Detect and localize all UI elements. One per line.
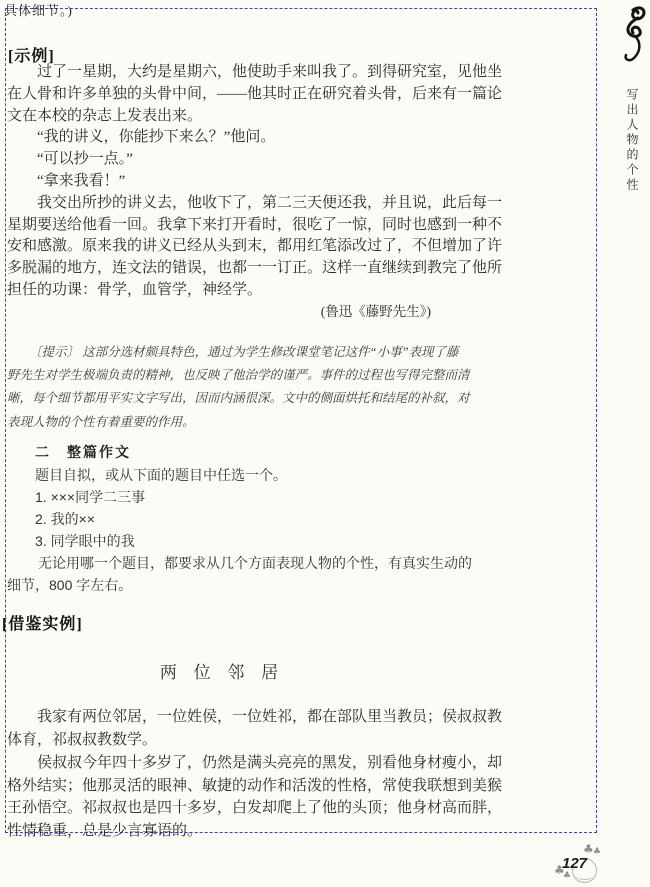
passage-line: “可以抄一点。” [7, 149, 459, 171]
assignment-section: 二 整篇作文 题目自拟，或从下面的题目中任选一个。 1. ×××同学二三事 2.… [7, 441, 459, 596]
essay-line: 体育，祁叔叔教数学。 [7, 729, 459, 752]
hint-line: 晰，每个细节都用平实文字写出，因而内涵很深。文中的侧面烘托和结尾的补叙，对 [7, 387, 467, 410]
assignment-note-line: 无论用哪一个题目，都要求从几个方面表现人物的个性，有真实生动的 [7, 552, 459, 574]
assignment-note-line: 细节，800 字左右。 [7, 574, 459, 596]
passage-line: 多脱漏的地方，连文法的错误，也都一一订正。这样一直继续到教完了他所 [7, 258, 459, 280]
clover-decoration-icon: ♣ [563, 872, 571, 881]
essay-line: 性情稳重，总是少言寡语的。 [7, 820, 459, 843]
margin-vertical-title: 写出人物的个性 [624, 88, 641, 208]
passage-line: 文在本校的杂志上发表出来。 [7, 106, 459, 128]
assignment-intro: 题目自拟，或从下面的题目中任选一个。 [7, 464, 459, 486]
passage-attribution: (鲁迅《藤野先生》) [7, 300, 459, 320]
hint-line: 野先生对学生极端负责的精神，也反映了他治学的谨严。事件的过程也写得完整而清 [7, 364, 467, 387]
passage-line: 安和感激。原来我的讲义已经从头到末，都用红笔添改过了，不但增加了许 [7, 236, 459, 258]
passage-line: “我的讲义，你能抄下来么？”他问。 [7, 127, 459, 149]
reference-section-header: [借鉴实例] [2, 611, 83, 634]
hint-line: 表现人物的个性有着重要的作用。 [7, 411, 467, 434]
passage-line: “拿来我看！” [7, 171, 459, 193]
assignment-topic-item: 3. 同学眼中的我 [7, 530, 459, 552]
essay-line: 王孙悟空。祁叔叔也是四十多岁，白发却爬上了他的头顶；他身材高而胖， [7, 797, 459, 820]
book-page: { "page": { "top_note": "具体细节。)", "page_… [0, 0, 650, 887]
essay-line: 格外结实；他那灵活的眼神、敏捷的动作和活泼的性格，常使我联想到美猴 [7, 775, 459, 798]
essay-line: 侯叔叔今年四十多岁了，仍然是满头亮亮的黑发，别看他身材瘦小，却 [7, 752, 459, 775]
flourish-ornament-icon [618, 4, 648, 62]
assignment-heading: 二 整篇作文 [7, 441, 459, 464]
essay-line: 我家有两位邻居，一位姓侯，一位姓祁，都在部队里当教员；侯叔叔教 [7, 706, 459, 729]
clover-decoration-icon: ♣ [593, 848, 601, 857]
passage-line: 过了一星期，大约是星期六，他使助手来叫我了。到得研究室，见他坐 [7, 62, 459, 84]
essay-paragraph: 我家有两位邻居，一位姓侯，一位姓祁，都在部队里当教员；侯叔叔教 体育，祁叔叔教数… [7, 706, 459, 751]
essay-title: 两 位 邻 居 [7, 658, 437, 683]
passage-line: 担任的功课：骨学，血管学，神经学。 [7, 280, 459, 302]
hint-line: 〔提示〕 这部分选材颇具特色，通过为学生修改课堂笔记这件“小事”表现了藤 [7, 341, 467, 364]
example-passage: 过了一星期，大约是星期六，他使助手来叫我了。到得研究室，见他坐 在人骨和许多单独… [7, 62, 459, 302]
passage-line: 我交出所抄的讲义去，他收下了，第二三天便还我，并且说，此后每一 [7, 193, 459, 215]
hint-block: 〔提示〕 这部分选材颇具特色，通过为学生修改课堂笔记这件“小事”表现了藤 野先生… [7, 341, 467, 434]
passage-line: 星期要送给他看一回。我拿下来打开看时，很吃了一惊，同时也感到一种不 [7, 215, 459, 237]
page-number: 127 [562, 855, 587, 872]
essay-paragraph: 侯叔叔今年四十多岁了，仍然是满头亮亮的黑发，别看他身材瘦小，却 格外结实；他那灵… [7, 752, 459, 842]
top-carryover-note: 具体细节。) [4, 0, 73, 19]
passage-line: 在人骨和许多单独的头骨中间，——他其时正在研究着头骨，后来有一篇论 [7, 84, 459, 106]
assignment-topic-item: 1. ×××同学二三事 [7, 486, 459, 508]
assignment-topic-item: 2. 我的×× [7, 508, 459, 530]
